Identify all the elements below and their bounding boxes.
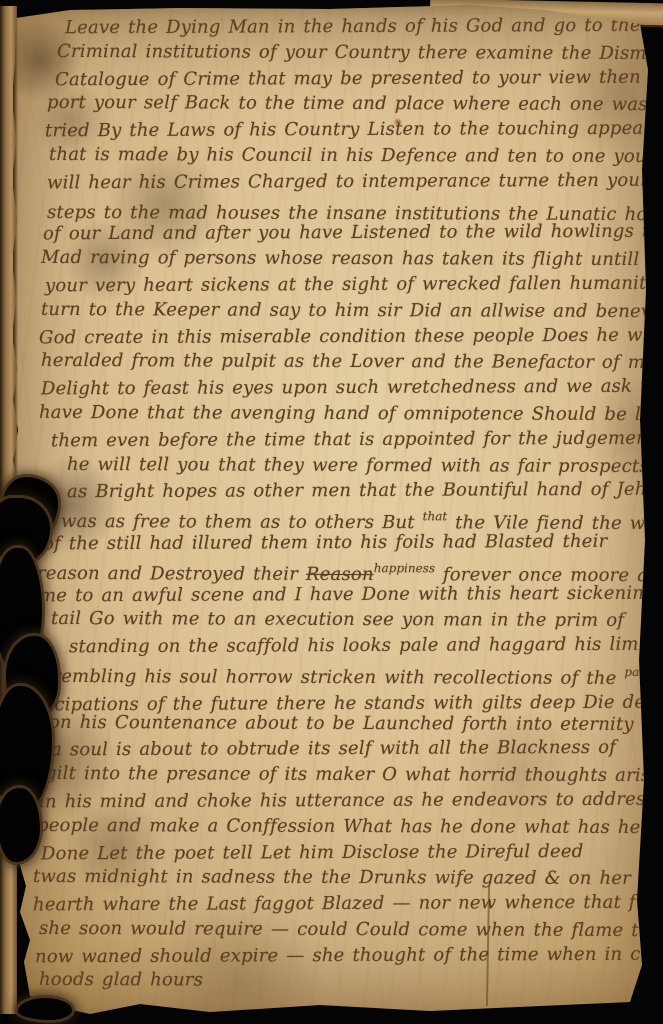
text-line: turn to the Keeper and say to him sir Di… xyxy=(41,297,655,325)
text-line: tried By the Laws of his Country Listen … xyxy=(45,116,655,144)
text-line: will hear his Crimes Charged to intemper… xyxy=(47,167,655,195)
text-line: steps to the mad houses the insane insti… xyxy=(47,194,655,222)
text-line: standing on the scaffold his looks pale … xyxy=(69,632,655,660)
text-line: that is made by his Council in his Defen… xyxy=(49,142,655,170)
text-line: he will tell you that they were formed w… xyxy=(67,452,655,480)
text-line: God create in this miserable condition t… xyxy=(39,322,655,350)
text-line: on his Countenance about to be Launched … xyxy=(49,709,655,737)
text-line: Catalogue of Crime that may be presented… xyxy=(55,64,655,92)
text-line: Criminal institutions of your Country th… xyxy=(57,39,655,67)
text-line: of our Land and after you have Listened … xyxy=(43,219,655,247)
text-line: your very heart sickens at the sight of … xyxy=(45,271,655,299)
text-line: a soul is about to obtrude its self with… xyxy=(51,735,655,763)
text-line: them even before the time that is appoin… xyxy=(51,425,655,453)
text-line: hoods glad hours xyxy=(39,967,655,995)
text-line: have Done that the avenging hand of omni… xyxy=(39,400,655,428)
text-line: hearth whare the Last faggot Blazed — no… xyxy=(33,890,655,919)
text-line: people and make a Conffession What has h… xyxy=(37,813,655,841)
text-line: now waned should expire — she thought of… xyxy=(35,941,655,970)
text-line: in his mind and choke his utterance as h… xyxy=(39,787,655,815)
text-line: port your self Back to the time and plac… xyxy=(47,90,655,118)
text-line: heralded from the pulpit as the Lover an… xyxy=(41,348,655,376)
text-line: tail Go with me to an execution see yon … xyxy=(51,606,655,634)
manuscript-page: Leave the Dying Man in the hands of his … xyxy=(0,0,663,1024)
text-line: Delight to feast his eyes upon such wret… xyxy=(41,374,655,402)
text-line: me to an awful scene and I have Done wit… xyxy=(39,580,655,608)
text-line: she soon would require — could Could com… xyxy=(39,916,655,944)
handwritten-text: Leave the Dying Man in the hands of his … xyxy=(33,14,655,994)
text-line: twas midnight in sadness the the Drunks … xyxy=(33,864,655,892)
text-line: Leave the Dying Man in the hands of his … xyxy=(65,13,655,41)
text-line: Done Let the poet tell Let him Disclose … xyxy=(41,838,655,866)
text-line: Mad raving of persons whose reason has t… xyxy=(41,245,655,273)
text-line: as Bright hopes as other men that the Bo… xyxy=(67,477,655,505)
text-line: ticipations of the future there he stand… xyxy=(41,683,655,711)
text-line: reason and Destroyed their Reasonhappine… xyxy=(37,555,655,583)
text-line: was as free to them as to others But tha… xyxy=(61,503,655,531)
manuscript-photo: Leave the Dying Man in the hands of his … xyxy=(0,0,663,1024)
text-line: of the still had illured them into his f… xyxy=(43,529,655,557)
text-line: trembling his soul horrow stricken with … xyxy=(45,658,655,686)
torn-edge-hole xyxy=(18,998,72,1020)
text-line: gilt into the presance of its maker O wh… xyxy=(45,761,655,789)
